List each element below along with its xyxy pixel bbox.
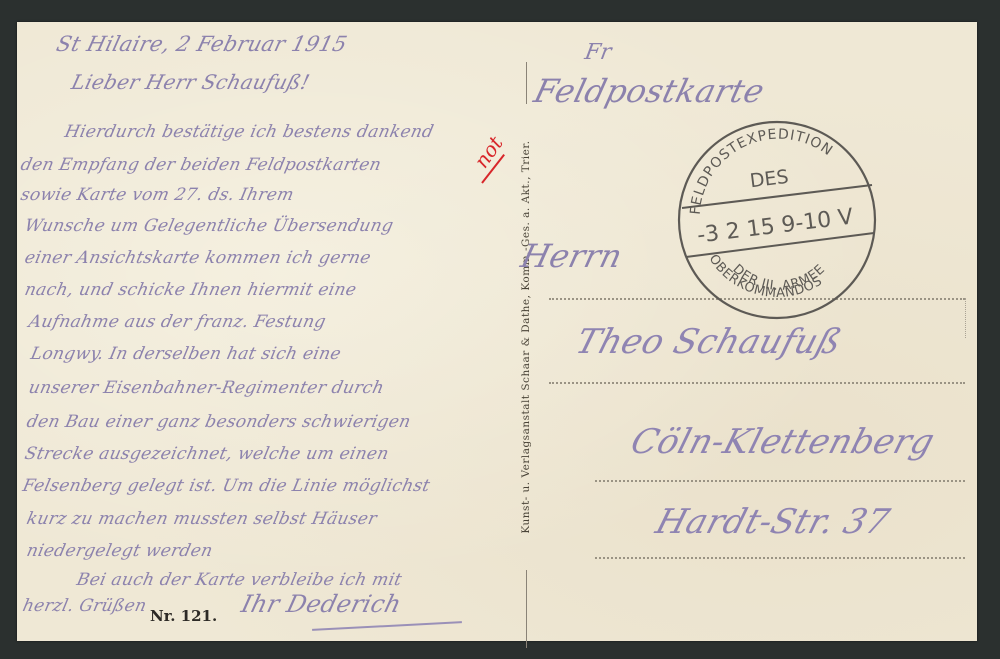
address-salutation: Herrn — [517, 237, 626, 275]
publisher-imprint: Kunst- u. Verlagsanstalt Schaar & Dathe,… — [520, 140, 532, 533]
red-margin-note: not — [469, 132, 508, 173]
message-line: Felsenberg gelegt ist. Um die Linie mögl… — [21, 476, 432, 496]
message-line: einer Ansichtskarte kommen ich gerne — [23, 248, 373, 268]
message-line: Longwy. In derselben hat sich eine — [29, 344, 343, 364]
message-line: Aufnahme aus der franz. Festung — [27, 312, 328, 332]
message-line: Bei auch der Karte verbleibe ich mit — [75, 570, 404, 590]
message-line: sowie Karte vom 27. ds. Ihrem — [19, 185, 296, 205]
message-line: herzl. Grüßen — [21, 596, 149, 616]
message-line: nach, und schicke Ihnen hiermit eine — [23, 280, 358, 300]
recipient-name: Theo Schaufuß — [571, 322, 846, 362]
message-line: unserer Eisenbahner-Regimenter durch — [27, 378, 386, 398]
center-divider-top — [526, 62, 527, 104]
message-line: Strecke ausgezeichnet, welche um einen — [23, 444, 391, 464]
recipient-street: Hardt-Str. 37 — [651, 502, 894, 542]
postmark-des: DES — [749, 166, 790, 193]
postmark-stamp: FELDPOSTEXPEDITION DES -3 2 15 9-10 V OB… — [672, 115, 882, 325]
message-line: niedergelegt werden — [25, 541, 215, 561]
signature: Ihr Dederich — [239, 590, 405, 618]
address-line-2 — [549, 382, 965, 384]
message-line: Wunsche um Gelegentliche Übersendung — [23, 216, 395, 236]
address-line-3 — [595, 480, 965, 482]
message-line: Hierdurch bestätige ich bestens dankend — [63, 122, 436, 142]
recipient-city: Cöln-Klettenberg — [626, 422, 939, 462]
postcard: St Hilaire, 2 Februar 1915 Lieber Herr S… — [17, 22, 977, 641]
message-greeting: Lieber Herr Schaufuß! — [69, 70, 312, 94]
center-divider-bottom — [526, 570, 527, 648]
feldpostkarte-heading: Feldpostkarte — [530, 72, 768, 110]
message-line: den Empfang der beiden Feldpostkarten — [19, 155, 383, 175]
card-number: Nr. 121. — [150, 607, 217, 625]
address-line-frame — [965, 298, 966, 338]
message-line: kurz zu machen mussten selbst Häuser — [25, 509, 379, 529]
address-line-4 — [595, 557, 965, 559]
postmark-date: -3 2 15 9-10 V — [696, 205, 855, 249]
heading-marker: Fr — [583, 40, 614, 65]
signature-underline — [312, 621, 462, 631]
message-date-line: St Hilaire, 2 Februar 1915 — [54, 32, 350, 56]
message-line: den Bau einer ganz besonders schwierigen — [25, 412, 413, 432]
